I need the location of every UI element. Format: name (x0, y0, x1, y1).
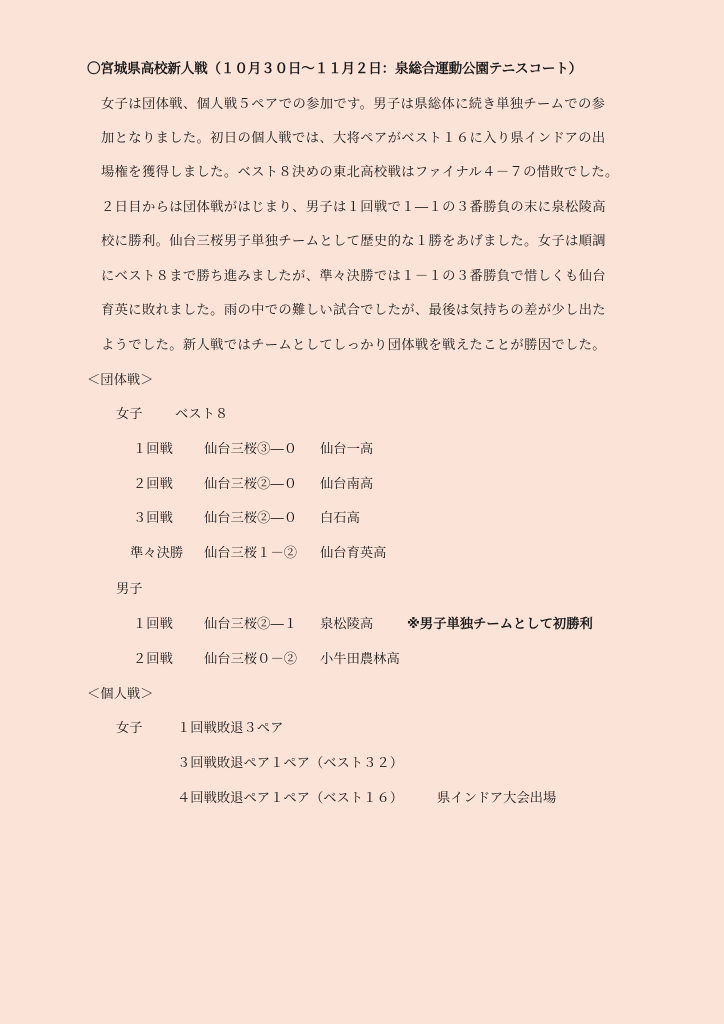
match-round: １回戦 (133, 616, 173, 634)
document-page: 〇宮城県高校新人戦（１０月３０日〜１１月２日：泉総合運動公園テニスコート） 女子… (0, 0, 724, 1024)
match-note: ※男子単独チームとして初勝利 (407, 616, 593, 634)
individual-result-note: 県インドア大会出場 (437, 790, 556, 808)
individual-result: ３回戦敗退ペア１ペア（ベスト３２） (177, 755, 403, 773)
match-score: 仙台三桜②―０ (204, 476, 297, 494)
match-score: 仙台三桜０－② (204, 651, 297, 669)
summary-line: 校に勝利。仙台三桜男子単独チームとして歴史的な１勝をあげました。女子は順調 (101, 233, 606, 251)
match-score: 仙台三桜１－② (204, 545, 297, 563)
match-opponent: 小牛田農林高 (320, 651, 400, 669)
match-score: 仙台三桜②―０ (204, 510, 297, 528)
summary-line: にベスト８まで勝ち進みましたが、準々決勝では１－１の３番勝負で惜しくも仙台 (101, 268, 606, 286)
summary-line: 場権を獲得しました。ベスト８決めの東北高校戦はファイナル４－７の惜敗でした。 (101, 164, 619, 182)
summary-line: 女子は団体戦、個人戦５ペアでの参加です。男子は県総体に続き単独チームでの参 (101, 96, 605, 114)
match-opponent: 仙台育英高 (320, 545, 386, 563)
individual-result: １回戦敗退３ペア (177, 720, 283, 738)
match-round: １回戦 (133, 441, 173, 459)
individual-girls-label: 女子 (116, 720, 143, 738)
match-opponent: 泉松陵高 (320, 616, 373, 634)
summary-line: 加となりました。初日の個人戦では、大将ペアがベスト１６に入り県インドアの出 (101, 130, 606, 148)
document-title: 〇宮城県高校新人戦（１０月３０日〜１１月２日：泉総合運動公園テニスコート） (87, 60, 582, 78)
team-girls-label: 女子 (116, 406, 143, 424)
match-round: ３回戦 (133, 510, 173, 528)
match-round: ２回戦 (133, 651, 173, 669)
match-round: ２回戦 (133, 476, 173, 494)
summary-line: ようでした。新人戦ではチームとしてしっかり団体戦を戦えたことが勝因でした。 (101, 337, 606, 355)
team-boys-label: 男子 (116, 581, 143, 599)
team-girls-result: ベスト８ (175, 406, 228, 424)
match-score: 仙台三桜③―０ (204, 441, 297, 459)
summary-line: 育英に敗れました。雨の中での難しい試合でしたが、最後は気持ちの差が少し出た (101, 302, 606, 320)
match-round: 準々決勝 (130, 545, 183, 563)
summary-line: ２日目からは団体戦がはじまり、男子は１回戦で１―１の３番勝負の末に泉松陵高 (101, 199, 606, 217)
individual-result: ４回戦敗退ペア１ペア（ベスト１６） (177, 790, 403, 808)
match-score: 仙台三桜②―１ (204, 616, 297, 634)
match-opponent: 仙台一高 (320, 441, 373, 459)
match-opponent: 仙台南高 (320, 476, 373, 494)
individual-heading: ＜個人戦＞ (87, 686, 153, 704)
match-opponent: 白石高 (320, 510, 360, 528)
team-heading: ＜団体戦＞ (87, 372, 153, 390)
